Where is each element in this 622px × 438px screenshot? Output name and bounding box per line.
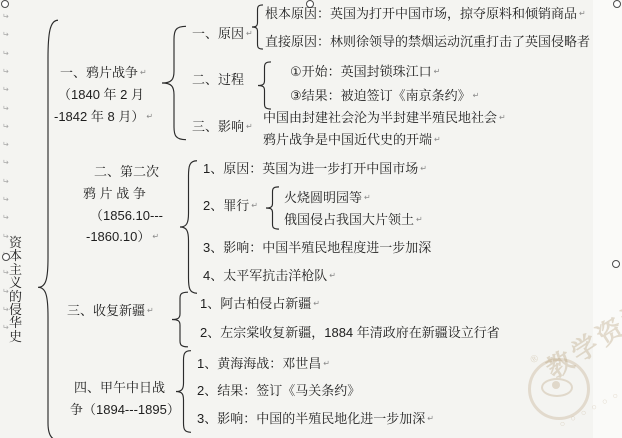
section3-item2: 2、左宗棠收复新疆，1884 年清政府在新疆设立行省	[200, 325, 500, 340]
section4-item1: 1、黄海海战：邓世昌↵	[197, 356, 330, 371]
margin-return-mark: ↵	[2, 195, 9, 204]
watermark-ring-icon	[528, 358, 590, 420]
section1-impact-line2: 鸦片战争是中国近代史的开端↵	[263, 132, 441, 147]
margin-return-mark: ↵	[2, 140, 9, 149]
section2-cause: 1、原因：英国为进一步打开中国市场↵	[203, 161, 427, 176]
return-mark: ↵	[152, 232, 159, 241]
section1-title-line3: -1842 年 8 月）↵	[54, 109, 153, 124]
section2-title-line4: -1860.10）↵	[86, 229, 159, 244]
section2-title-line3: （1856.10---	[90, 208, 163, 223]
section1-root-cause: 根本原因：英国为打开中国市场，掠夺原料和倾销商品↵	[265, 6, 586, 21]
page-right-margin	[593, 0, 622, 438]
return-mark: ↵	[473, 91, 480, 100]
return-mark: ↵	[420, 164, 427, 173]
section2-crime-brace	[266, 186, 279, 230]
margin-return-mark: ↵	[2, 177, 9, 186]
section2-crime-line1: 火烧圆明园等↵	[284, 190, 371, 205]
margin-return-mark: ↵	[2, 12, 9, 21]
section1-impact-line1: 中国由封建社会沦为半封建半殖民地社会↵	[263, 110, 506, 125]
return-mark: ↵	[427, 414, 434, 423]
section4-item3: 3、影响：中国的半殖民地化进一步加深↵	[197, 411, 434, 426]
section2-crime-label: 2、罪行↵	[203, 198, 258, 213]
section1-process-result: ③结果：被迫签订《南京条约》↵	[290, 88, 479, 103]
return-mark: ↵	[323, 359, 330, 368]
document-canvas: 教学资源 ® ○ ○ ○ ○ ○ ○ ↵↵↵↵↵↵↵↵↵↵↵↵↵↵↵↵↵↵ 资本…	[0, 0, 622, 438]
section1-brace	[162, 24, 186, 142]
section1-title-line2: （1840 年 2 月	[58, 87, 144, 102]
margin-return-mark: ↵	[2, 67, 9, 76]
margin-return-mark: ↵	[2, 305, 9, 314]
return-mark: ↵	[434, 67, 441, 76]
section1-process-label: 二、过程	[192, 72, 244, 87]
section4-brace	[176, 349, 191, 434]
return-mark: ↵	[329, 271, 336, 280]
margin-return-mark: ↵	[2, 30, 9, 39]
section1-cause-label: 一、原因↵	[192, 26, 253, 41]
return-mark: ↵	[364, 193, 371, 202]
section2-brace	[180, 158, 197, 296]
return-mark: ↵	[434, 135, 441, 144]
selection-handle-top-left[interactable]	[1, 0, 9, 8]
return-mark: ↵	[146, 112, 153, 121]
margin-return-mark: ↵	[2, 323, 9, 332]
section3-title: 三、收复新疆↵	[67, 303, 154, 318]
section2-crime-line2: 俄国侵占我国大片领土↵	[284, 212, 423, 227]
margin-return-mark: ↵	[2, 104, 9, 113]
section4-title-line1: 四、甲午中日战	[74, 380, 165, 395]
margin-return-mark: ↵	[2, 85, 9, 94]
margin-return-mark: ↵	[2, 287, 9, 296]
return-mark: ↵	[499, 113, 506, 122]
watermark-eye-pupil-icon	[552, 381, 560, 389]
section2-impact: 3、影响：中国半殖民地程度进一步加深	[203, 240, 431, 255]
watermark-registered-icon: ®	[529, 353, 541, 366]
return-mark: ↵	[246, 122, 253, 131]
section3-brace	[172, 291, 188, 348]
return-mark: ↵	[579, 9, 586, 18]
margin-return-mark: ↵	[2, 158, 9, 167]
return-mark: ↵	[246, 29, 253, 38]
section2-title-line2: 鸦 片 战 争	[83, 186, 146, 201]
section1-process-start: ①开始：英国封锁珠江口↵	[290, 64, 440, 79]
watermark-eye-icon	[541, 378, 573, 397]
return-mark: ↵	[147, 306, 154, 315]
section1-process-brace	[258, 61, 271, 110]
margin-return-mark: ↵	[2, 213, 9, 222]
margin-return-mark: ↵	[2, 122, 9, 131]
return-mark: ↵	[313, 299, 320, 308]
margin-return-mark: ↵	[2, 232, 9, 241]
section1-impact-label: 三、影响↵	[192, 119, 253, 134]
section1-title-line1: 一、鸦片战争↵	[60, 65, 147, 80]
margin-return-mark: ↵	[2, 268, 9, 277]
section2-title-line1: 二、第二次	[94, 164, 159, 179]
section2-taiping: 4、太平军抗击洋枪队↵	[203, 268, 336, 283]
root-title-vertical: 资本主义的侵华史	[9, 236, 24, 343]
section1-direct-cause: 直接原因：林则徐领导的禁烟运动沉重打击了英国侵略者	[265, 34, 590, 49]
section4-title-line2: 争（1894---1895）	[70, 402, 180, 417]
section3-item1: 1、阿古柏侵占新疆↵	[200, 296, 320, 311]
return-mark: ↵	[416, 215, 423, 224]
section1-cause-brace	[252, 4, 263, 50]
outer-brace	[38, 16, 58, 438]
return-mark: ↵	[140, 68, 147, 77]
section4-item2: 2、结果：签订《马关条约》	[197, 383, 360, 398]
return-mark: ↵	[251, 201, 258, 210]
margin-return-mark: ↵	[2, 49, 9, 58]
selection-handle-right-middle[interactable]	[612, 260, 620, 268]
selection-handle-top-right[interactable]	[613, 0, 621, 8]
